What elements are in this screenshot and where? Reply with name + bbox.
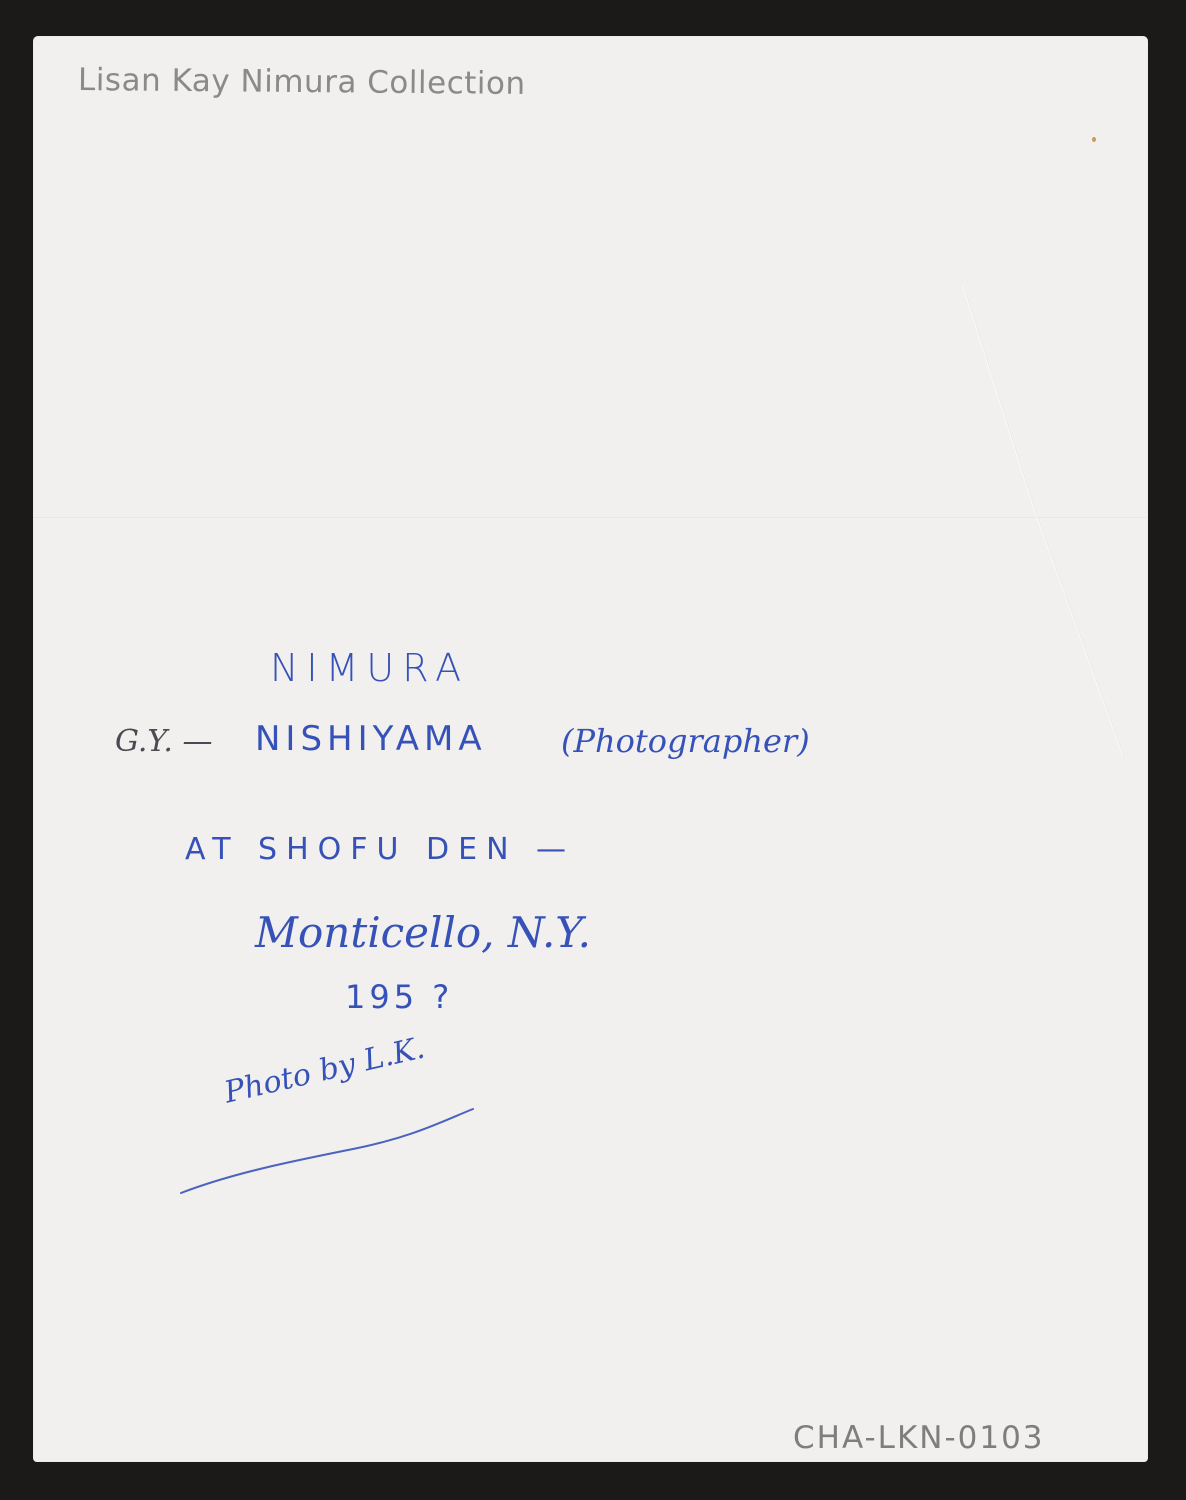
annotation-photographer-name: NISHIYAMA	[255, 719, 487, 759]
annotation-location: AT SHOFU DEN —	[185, 832, 575, 867]
annotation-photographer-role: (Photographer)	[561, 722, 810, 760]
annotation-initials: G.Y. —	[115, 724, 212, 759]
photo-verso-paper: Lisan Kay Nimura Collection NIMURA G.Y. …	[33, 36, 1148, 1462]
annotation-place: Monticello, N.Y.	[255, 908, 591, 957]
catalog-id: CHA-LKN-0103	[793, 1420, 1045, 1456]
annotation-subject-name: NIMURA	[270, 646, 469, 690]
collection-note: Lisan Kay Nimura Collection	[78, 62, 526, 102]
horizontal-fold-line	[33, 517, 1148, 519]
paper-speck	[1092, 137, 1096, 142]
annotation-year: 195 ?	[345, 978, 453, 1016]
credit-underline-stroke	[173, 1091, 493, 1201]
